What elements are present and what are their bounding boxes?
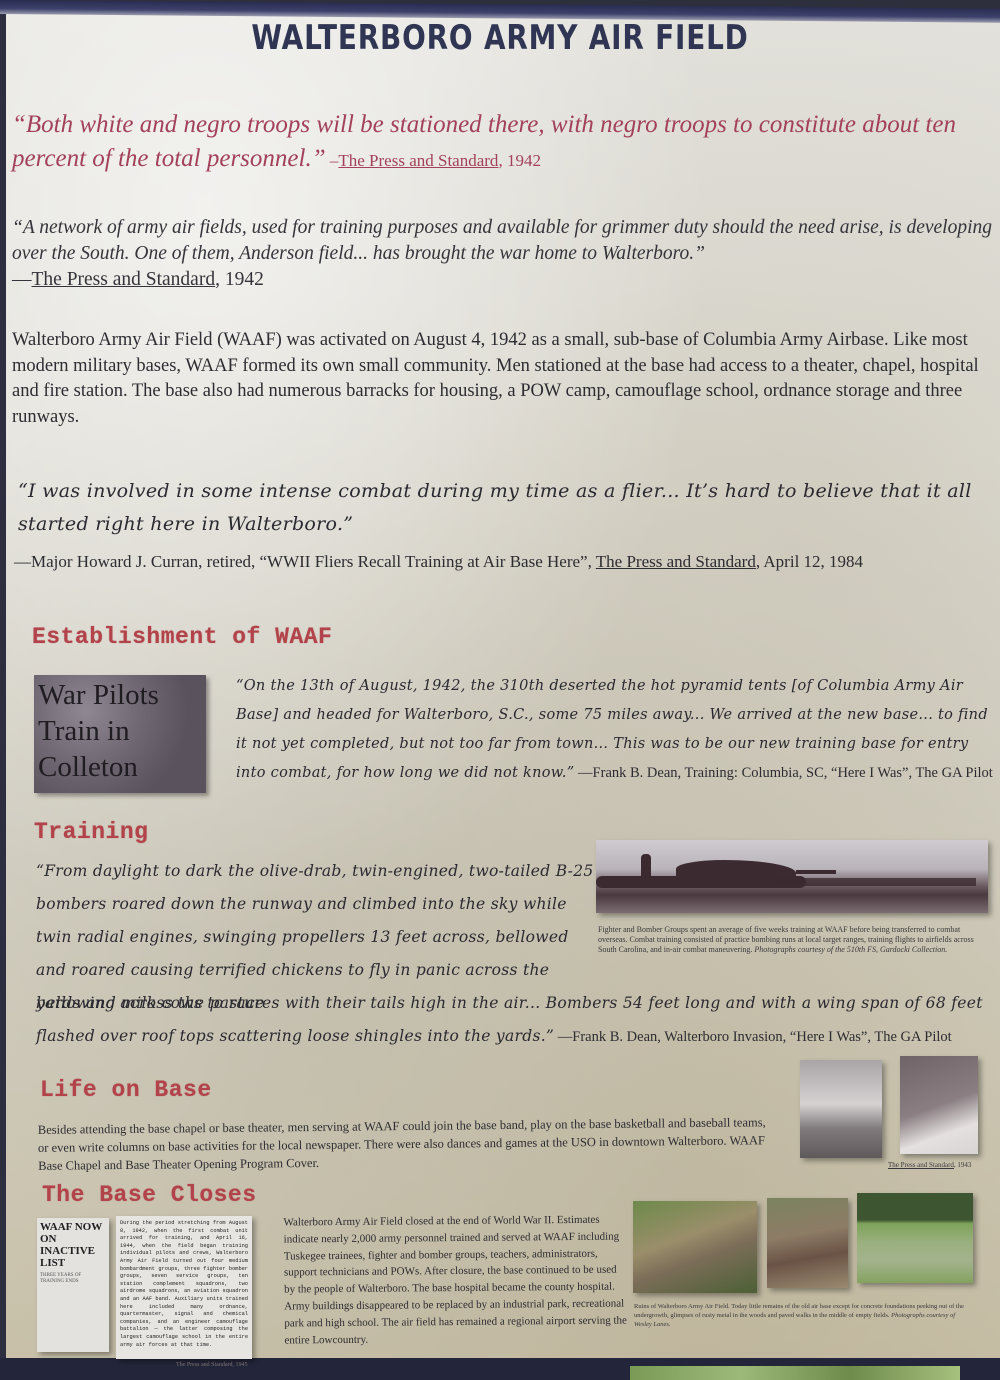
newspaper-clipping-headline: WAAF NOW ON INACTIVE LIST THREE YEARS OF… (37, 1218, 109, 1352)
quote-source: The Press and Standard (338, 151, 498, 170)
quote-source: —Frank B. Dean, Walterboro Invasion, “He… (554, 1029, 952, 1045)
newspaper-clipping-body: During the period stretching from August… (116, 1216, 252, 1359)
heading-establishment: Establishment of WAAF (32, 624, 332, 650)
ruins-paved-walk-photo (857, 1193, 973, 1283)
life-on-base-paragraph: Besides attending the base chapel or bas… (38, 1113, 779, 1175)
badge-line: War Pilots (38, 677, 202, 713)
grass-background (630, 1366, 960, 1380)
dean-training-quote-part2: bellowing across the pastures with their… (36, 987, 996, 1054)
life-photo-credit: The Press and Standard, 1943 (888, 1160, 998, 1170)
ruins-caption: Ruins of Walterboro Army Air Field. Toda… (634, 1302, 974, 1329)
clipping-credit: The Press and Standard, 1945 (176, 1360, 276, 1370)
bomber-lineup-photo (596, 840, 988, 913)
quote-year: , 1942 (215, 269, 264, 290)
heading-base-closes: The Base Closes (42, 1182, 257, 1208)
press-quote-network: “A network of army air fields, used for … (12, 215, 997, 293)
quote-dash: – (326, 151, 339, 170)
attribution-text: —Major Howard J. Curran, retired, “WWII … (14, 552, 596, 571)
badge-line: Train in (38, 713, 202, 749)
heading-training: Training (34, 819, 148, 845)
press-quote-troops: “Both white and negro troops will be sta… (12, 108, 997, 178)
theater-program-cover-photo (900, 1056, 978, 1154)
bomber-photo-caption: Fighter and Bomber Groups spent an avera… (598, 925, 988, 955)
sign-title: WALTERBORO ARMY AIR FIELD (90, 18, 910, 58)
war-pilots-badge: War Pilots Train in Colleton (34, 675, 206, 793)
quote-source: —Frank B. Dean, Training: Columbia, SC, … (574, 765, 992, 781)
intro-paragraph: Walterboro Army Air Field (WAAF) was act… (12, 328, 997, 430)
dean-establishment-quote: “On the 13th of August, 1942, the 310th … (236, 672, 996, 788)
quote-source: The Press and Standard (32, 269, 216, 290)
caption-credit: Photographs courtesy of the 510th FS, Ga… (752, 945, 947, 954)
attribution-date: , April 12, 1984 (756, 552, 863, 571)
quote-dash: — (12, 269, 32, 290)
quote-year: , 1942 (498, 151, 541, 170)
clipping-subhead: THREE YEARS OF TRAINING ENDS (40, 1273, 106, 1285)
curran-quote: “I was involved in some intense combat d… (18, 475, 988, 541)
curran-attribution: —Major Howard J. Curran, retired, “WWII … (14, 552, 999, 572)
heading-life-on-base: Life on Base (40, 1077, 212, 1103)
base-closes-paragraph: Walterboro Army Air Field closed at the … (283, 1211, 629, 1348)
credit-year: , 1943 (954, 1161, 972, 1169)
ruins-foundation-photo (633, 1201, 757, 1293)
badge-line: Colleton (38, 749, 202, 785)
clipping-headline: WAAF NOW ON INACTIVE LIST (40, 1221, 106, 1269)
credit-source: The Press and Standard (888, 1161, 954, 1169)
ruins-rusty-metal-photo (767, 1198, 848, 1288)
base-chapel-photo (800, 1060, 882, 1158)
quote-text: “A network of army air fields, used for … (12, 217, 992, 264)
attribution-source: The Press and Standard (596, 552, 756, 571)
